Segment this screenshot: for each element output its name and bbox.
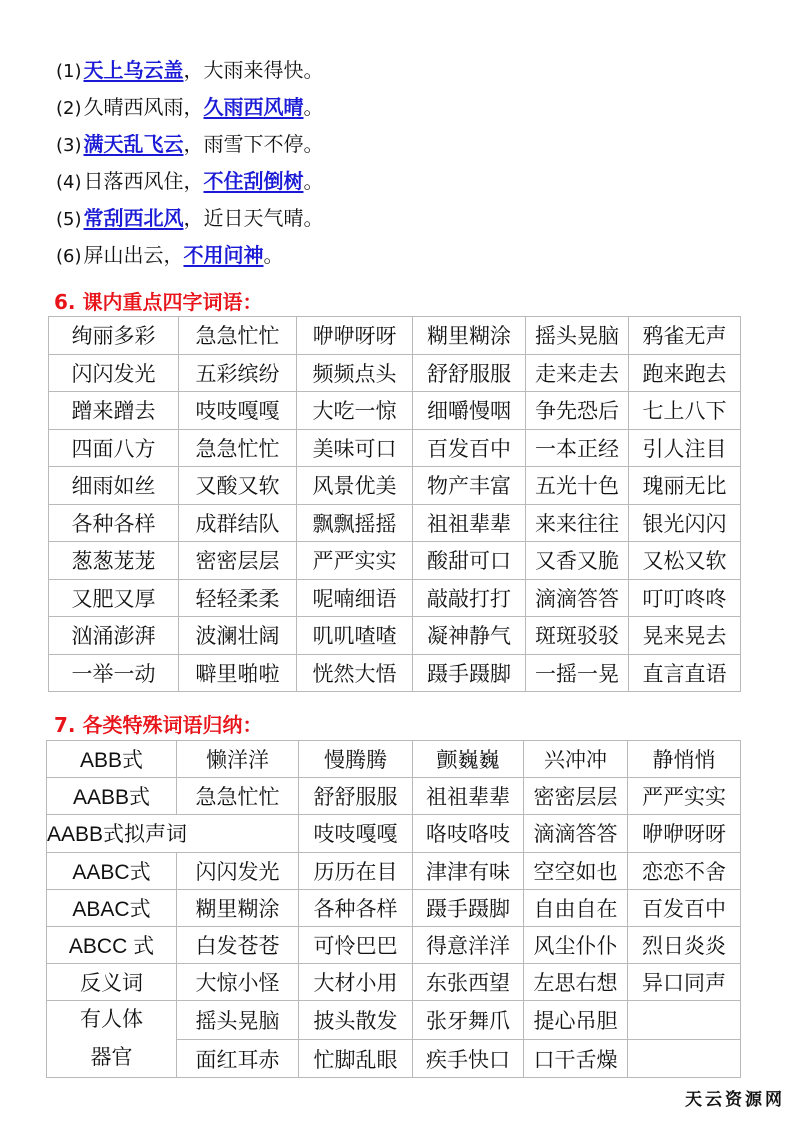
- word-cell: 风景优美: [297, 467, 413, 505]
- proverb-1: (1)天上乌云盖，大雨来得快。: [56, 52, 324, 89]
- proverb-4: (4)日落西风住，不住刮倒树。: [56, 163, 324, 200]
- word-cell: 呢喃细语: [297, 579, 413, 617]
- word-cell: 滴滴答答: [526, 579, 629, 617]
- word-cell: 蹑手蹑脚: [413, 889, 524, 926]
- word-cell: 斑斑驳驳: [526, 617, 629, 655]
- table-row-abac: ABAC式 糊里糊涂 各种各样 蹑手蹑脚 自由自在 百发百中: [47, 889, 741, 926]
- word-cell: 提心吊胆: [524, 1001, 628, 1040]
- category-label: AABB式拟声词: [47, 815, 299, 852]
- word-cell: 严严实实: [297, 542, 413, 580]
- word-cell: 自由自在: [524, 889, 628, 926]
- word-cell: 大材小用: [299, 964, 413, 1001]
- category-label: AABC式: [47, 852, 177, 889]
- word-cell: 舒舒服服: [413, 354, 526, 392]
- proverb-number: (2): [56, 98, 82, 119]
- proverb-answer: 常刮西北风: [84, 206, 184, 230]
- table-row-abcc: ABCC 式 白发苍苍 可怜巴巴 得意洋洋 风尘仆仆 烈日炎炎: [47, 926, 741, 963]
- proverb-text: 日落西风住，: [84, 169, 204, 193]
- word-cell: [628, 1001, 741, 1040]
- word-cell: 摇头晃脑: [177, 1001, 299, 1040]
- word-cell: 直言直语: [629, 654, 741, 692]
- word-cell: 兴冲冲: [524, 741, 628, 778]
- section-7-title: 7. 各类特殊词语归纳：: [54, 709, 262, 738]
- word-cell: 糊里糊涂: [177, 889, 299, 926]
- proverb-3: (3)满天乱飞云，雨雪下不停。: [56, 126, 324, 163]
- word-cell: 四面八方: [49, 429, 179, 467]
- word-cell: 密密层层: [179, 542, 297, 580]
- word-cell: 五光十色: [526, 467, 629, 505]
- word-cell: 银光闪闪: [629, 504, 741, 542]
- table-row-antonym: 反义词 大惊小怪 大材小用 东张西望 左思右想 异口同声: [47, 964, 741, 1001]
- proverb-text: 屏山出云，: [84, 243, 184, 267]
- word-cell: 摇头晃脑: [526, 317, 629, 355]
- word-cell: 轻轻柔柔: [179, 579, 297, 617]
- word-cell: 东张西望: [413, 964, 524, 1001]
- table-row: 葱葱茏茏密密层层严严实实酸甜可口又香又脆又松又软: [49, 542, 741, 580]
- word-cell: 张牙舞爪: [413, 1001, 524, 1040]
- table-row: 蹭来蹭去吱吱嘎嘎大吃一惊细嚼慢咽争先恐后七上八下: [49, 392, 741, 430]
- word-cell: [628, 1039, 741, 1078]
- proverb-number: (1): [56, 61, 82, 82]
- table-row: 又肥又厚轻轻柔柔呢喃细语敲敲打打滴滴答答叮叮咚咚: [49, 579, 741, 617]
- word-cell: 一本正经: [526, 429, 629, 467]
- section-6-title: 6. 课内重点四字词语：: [54, 286, 262, 315]
- word-cell: 大惊小怪: [177, 964, 299, 1001]
- word-cell: 蹭来蹭去: [49, 392, 179, 430]
- word-cell: 滴滴答答: [524, 815, 628, 852]
- word-cell: 风尘仆仆: [524, 926, 628, 963]
- word-cell: 静悄悄: [628, 741, 741, 778]
- table-row-aabb: AABB式 急急忙忙 舒舒服服 祖祖辈辈 密密层层 严严实实: [47, 778, 741, 815]
- word-cell: 晃来晃去: [629, 617, 741, 655]
- word-cell: 汹涌澎湃: [49, 617, 179, 655]
- word-cell: 美味可口: [297, 429, 413, 467]
- table-row: 绚丽多彩急急忙忙咿咿呀呀糊里糊涂摇头晃脑鸦雀无声: [49, 317, 741, 355]
- word-cell: 恍然大悟: [297, 654, 413, 692]
- proverb-answer: 久雨西风晴: [204, 95, 304, 119]
- word-cell: 急急忙忙: [177, 778, 299, 815]
- word-cell: 祖祖辈辈: [413, 778, 524, 815]
- word-cell: 瑰丽无比: [629, 467, 741, 505]
- word-cell: 空空如也: [524, 852, 628, 889]
- proverb-text: ，雨雪下不停。: [184, 132, 324, 156]
- proverb-text: 。: [264, 243, 284, 267]
- word-cell: 烈日炎炎: [628, 926, 741, 963]
- word-cell: 急急忙忙: [179, 317, 297, 355]
- word-cell: 绚丽多彩: [49, 317, 179, 355]
- table-row-abb: ABB式 懒洋洋 慢腾腾 颤巍巍 兴冲冲 静悄悄: [47, 741, 741, 778]
- word-cell: 疾手快口: [413, 1039, 524, 1078]
- table-row: 细雨如丝又酸又软风景优美物产丰富五光十色瑰丽无比: [49, 467, 741, 505]
- category-label-line2: 器官: [47, 1039, 176, 1077]
- word-cell: 慢腾腾: [299, 741, 413, 778]
- special-words-table: ABB式 懒洋洋 慢腾腾 颤巍巍 兴冲冲 静悄悄 AABB式 急急忙忙 舒舒服服…: [46, 740, 741, 1078]
- word-cell: 又香又脆: [526, 542, 629, 580]
- word-cell: 历历在目: [299, 852, 413, 889]
- word-cell: 又酸又软: [179, 467, 297, 505]
- proverb-5: (5)常刮西北风，近日天气晴。: [56, 200, 324, 237]
- word-cell: 物产丰富: [413, 467, 526, 505]
- word-cell: 来来往往: [526, 504, 629, 542]
- word-cell: 恋恋不舍: [628, 852, 741, 889]
- word-cell: 争先恐后: [526, 392, 629, 430]
- proverb-answer: 不住刮倒树: [204, 169, 304, 193]
- word-cell: 叮叮咚咚: [629, 579, 741, 617]
- word-cell: 百发百中: [628, 889, 741, 926]
- category-label: 反义词: [47, 964, 177, 1001]
- proverb-list: (1)天上乌云盖，大雨来得快。 (2)久晴西风雨，久雨西风晴。 (3)满天乱飞云…: [56, 52, 324, 274]
- category-label: 有人体 器官: [47, 1001, 177, 1078]
- proverb-number: (4): [56, 172, 82, 193]
- category-label-line1: 有人体: [47, 1001, 176, 1039]
- word-cell: 五彩缤纷: [179, 354, 297, 392]
- word-cell: 糊里糊涂: [413, 317, 526, 355]
- word-cell: 得意洋洋: [413, 926, 524, 963]
- proverb-answer: 天上乌云盖: [84, 58, 184, 82]
- word-cell: 鸦雀无声: [629, 317, 741, 355]
- word-cell: 走来走去: [526, 354, 629, 392]
- word-cell: 白发苍苍: [177, 926, 299, 963]
- word-cell: 成群结队: [179, 504, 297, 542]
- category-label: ABAC式: [47, 889, 177, 926]
- word-cell: 咯吱咯吱: [413, 815, 524, 852]
- word-cell: 叽叽喳喳: [297, 617, 413, 655]
- proverb-6: (6)屏山出云，不用问神。: [56, 237, 324, 274]
- table-row: 各种各样成群结队飘飘摇摇祖祖辈辈来来往往银光闪闪: [49, 504, 741, 542]
- proverb-answer: 满天乱飞云: [84, 132, 184, 156]
- word-cell: 细嚼慢咽: [413, 392, 526, 430]
- word-cell: 又肥又厚: [49, 579, 179, 617]
- table-row-aabb-onomatopoeia: AABB式拟声词 吱吱嘎嘎 咯吱咯吱 滴滴答答 咿咿呀呀: [47, 815, 741, 852]
- proverb-number: (5): [56, 209, 82, 230]
- four-character-words-table: 绚丽多彩急急忙忙咿咿呀呀糊里糊涂摇头晃脑鸦雀无声闪闪发光五彩缤纷频频点头舒舒服服…: [48, 316, 741, 692]
- proverb-number: (6): [56, 246, 82, 267]
- word-cell: 左思右想: [524, 964, 628, 1001]
- word-cell: 严严实实: [628, 778, 741, 815]
- word-cell: 闪闪发光: [49, 354, 179, 392]
- word-cell: 吱吱嘎嘎: [299, 815, 413, 852]
- word-cell: 飘飘摇摇: [297, 504, 413, 542]
- table-row: 汹涌澎湃波澜壮阔叽叽喳喳凝神静气斑斑驳驳晃来晃去: [49, 617, 741, 655]
- word-cell: 葱葱茏茏: [49, 542, 179, 580]
- four-character-words-body: 绚丽多彩急急忙忙咿咿呀呀糊里糊涂摇头晃脑鸦雀无声闪闪发光五彩缤纷频频点头舒舒服服…: [49, 317, 741, 692]
- word-cell: 又松又软: [629, 542, 741, 580]
- word-cell: 异口同声: [628, 964, 741, 1001]
- word-cell: 咿咿呀呀: [628, 815, 741, 852]
- table-row: 四面八方急急忙忙美味可口百发百中一本正经引人注目: [49, 429, 741, 467]
- word-cell: 披头散发: [299, 1001, 413, 1040]
- word-cell: 酸甜可口: [413, 542, 526, 580]
- word-cell: 舒舒服服: [299, 778, 413, 815]
- word-cell: 急急忙忙: [179, 429, 297, 467]
- word-cell: 波澜壮阔: [179, 617, 297, 655]
- category-label: AABB式: [47, 778, 177, 815]
- table-row-body-parts-1: 有人体 器官 摇头晃脑 披头散发 张牙舞爪 提心吊胆: [47, 1001, 741, 1040]
- watermark-logo: 天云资源网: [685, 1085, 785, 1110]
- proverb-text: 久晴西风雨，: [84, 95, 204, 119]
- word-cell: 懒洋洋: [177, 741, 299, 778]
- word-cell: 祖祖辈辈: [413, 504, 526, 542]
- word-cell: 噼里啪啦: [179, 654, 297, 692]
- category-label: ABCC 式: [47, 926, 177, 963]
- word-cell: 敲敲打打: [413, 579, 526, 617]
- word-cell: 忙脚乱眼: [299, 1039, 413, 1078]
- word-cell: 密密层层: [524, 778, 628, 815]
- word-cell: 咿咿呀呀: [297, 317, 413, 355]
- proverb-text: ，近日天气晴。: [184, 206, 324, 230]
- word-cell: 各种各样: [49, 504, 179, 542]
- proverb-answer: 不用问神: [184, 243, 264, 267]
- word-cell: 各种各样: [299, 889, 413, 926]
- word-cell: 百发百中: [413, 429, 526, 467]
- word-cell: 频频点头: [297, 354, 413, 392]
- special-words-body: ABB式 懒洋洋 慢腾腾 颤巍巍 兴冲冲 静悄悄 AABB式 急急忙忙 舒舒服服…: [47, 741, 741, 1078]
- word-cell: 一举一动: [49, 654, 179, 692]
- word-cell: 大吃一惊: [297, 392, 413, 430]
- word-cell: 七上八下: [629, 392, 741, 430]
- proverb-text: ，大雨来得快。: [184, 58, 324, 82]
- word-cell: 闪闪发光: [177, 852, 299, 889]
- proverb-text: 。: [304, 95, 324, 119]
- proverb-number: (3): [56, 135, 82, 156]
- word-cell: 细雨如丝: [49, 467, 179, 505]
- category-label: ABB式: [47, 741, 177, 778]
- word-cell: 津津有味: [413, 852, 524, 889]
- word-cell: 一摇一晃: [526, 654, 629, 692]
- table-row: 闪闪发光五彩缤纷频频点头舒舒服服走来走去跑来跑去: [49, 354, 741, 392]
- word-cell: 蹑手蹑脚: [413, 654, 526, 692]
- proverb-2: (2)久晴西风雨，久雨西风晴。: [56, 89, 324, 126]
- word-cell: 凝神静气: [413, 617, 526, 655]
- word-cell: 颤巍巍: [413, 741, 524, 778]
- word-cell: 吱吱嘎嘎: [179, 392, 297, 430]
- word-cell: 口干舌燥: [524, 1039, 628, 1078]
- table-row-aabc: AABC式 闪闪发光 历历在目 津津有味 空空如也 恋恋不舍: [47, 852, 741, 889]
- word-cell: 面红耳赤: [177, 1039, 299, 1078]
- table-row: 一举一动噼里啪啦恍然大悟蹑手蹑脚一摇一晃直言直语: [49, 654, 741, 692]
- proverb-text: 。: [304, 169, 324, 193]
- word-cell: 跑来跑去: [629, 354, 741, 392]
- word-cell: 可怜巴巴: [299, 926, 413, 963]
- word-cell: 引人注目: [629, 429, 741, 467]
